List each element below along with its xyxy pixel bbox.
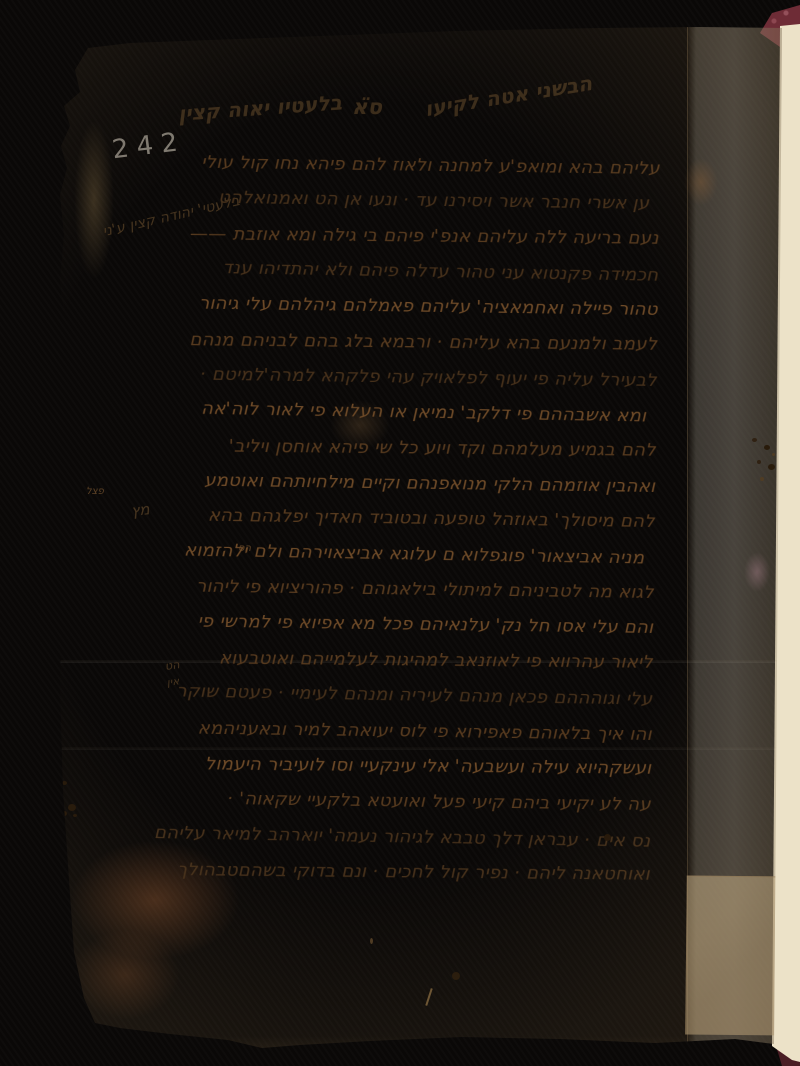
manuscript-line: ען אשרי חנבר אשר ויסירנו עד · ונעו אן הט… (147, 180, 659, 221)
ink-splatter (760, 477, 764, 481)
manuscript-line: עליהם בהא ומואפ'ע למחנה ולאוז להם פיהא נ… (148, 145, 660, 186)
manuscript-line: ועשקהיוא עילה ועשבעה' אלי עינקעיי וסו לו… (139, 746, 651, 785)
manuscript-line: טהור פיילה ואחמאציה' עליהם פאמלהם גיהלהם… (146, 286, 658, 327)
ink-splatter (752, 438, 757, 442)
text-block: עליהם בהא ומואפ'ע למחנה ולאוז להם פיהא נ… (138, 144, 660, 893)
ink-blot (62, 781, 67, 785)
manuscript-line: להם בגמיע מעלמהם וקד ויוע כל שי פיהא אוח… (144, 428, 656, 467)
manuscript-line: נעם בריעה ללה עליהם אנפ'י פיהם בי גילה ו… (147, 216, 659, 255)
ink-dot (452, 972, 460, 980)
header-inscription-center: ס̈א (352, 95, 382, 119)
ink-blot (62, 811, 67, 816)
edge-stain (74, 120, 114, 280)
ink-splatter (764, 445, 770, 450)
manuscript-line: ואהבין אוזמהם הלקי מנואפנהם וקיים מילחיו… (143, 463, 655, 504)
ink-blot (73, 814, 77, 817)
manuscript-line: עה לע יקיעי ביהם קיעי פעל ואועטא בלקעיי … (139, 781, 651, 822)
manuscript-line: והו איך בלאוהם פאפירוא פי לוס יעואהב למי… (140, 710, 652, 751)
pink-smudge (744, 552, 770, 592)
manuscript-line: ליאור עהרווא פי לאוזנאב למהיגות לעלמייהם… (141, 640, 653, 679)
manuscript-line: לעמב ולמנעם בהא עליהם · ורבמא בלג בהם לב… (145, 322, 657, 361)
header-inscription-right: הבשני אטה לקיעו (423, 71, 594, 121)
interlinear-correction: פצל (86, 486, 104, 497)
ink-splatter (768, 464, 775, 470)
brown-stain (684, 158, 718, 206)
ink-blot (68, 804, 76, 811)
manuscript-line: להם מיסולך' באוזהל טופעה ובטוביד חאדיך י… (143, 498, 655, 539)
ink-blot (604, 834, 611, 841)
manuscript-photo: הבשני אטה לקיעו ס̈א בלעטיו יאוה קצין 242… (0, 0, 800, 1066)
manuscript-line: לגוא מה לטביניהם למיתולי בילאגוהם · פהור… (142, 569, 654, 610)
manuscript-line: עלי וגוהההם פכאן מנהם לעיריה ומנהם לעימי… (140, 674, 653, 717)
ink-speck (370, 938, 373, 944)
manuscript-line: והם עלי אסו חל נק' עלנאיהם פכל מא אפיוא … (141, 604, 653, 645)
pen-slash-mark (425, 988, 432, 1006)
header-inscription-left: בלעטיו יאוה קצין (177, 90, 343, 125)
manuscript-line: נס אים · עבראן דלך טבבא לגיהור נעמה' יוא… (138, 815, 651, 858)
manuscript-page: הבשני אטה לקיעו ס̈א בלעטיו יאוה קצין 242… (0, 0, 800, 1066)
ink-splatter (772, 453, 775, 456)
ink-splatter (757, 460, 761, 464)
manuscript-line: ומא אשבההם פי דלקב' נמיאן או העלוא פי לא… (144, 391, 657, 434)
rust-stain (70, 930, 180, 1020)
manuscript-line: ואוחטאנה ליהם · נפיר קול לחכים · ונם בדו… (138, 852, 650, 891)
